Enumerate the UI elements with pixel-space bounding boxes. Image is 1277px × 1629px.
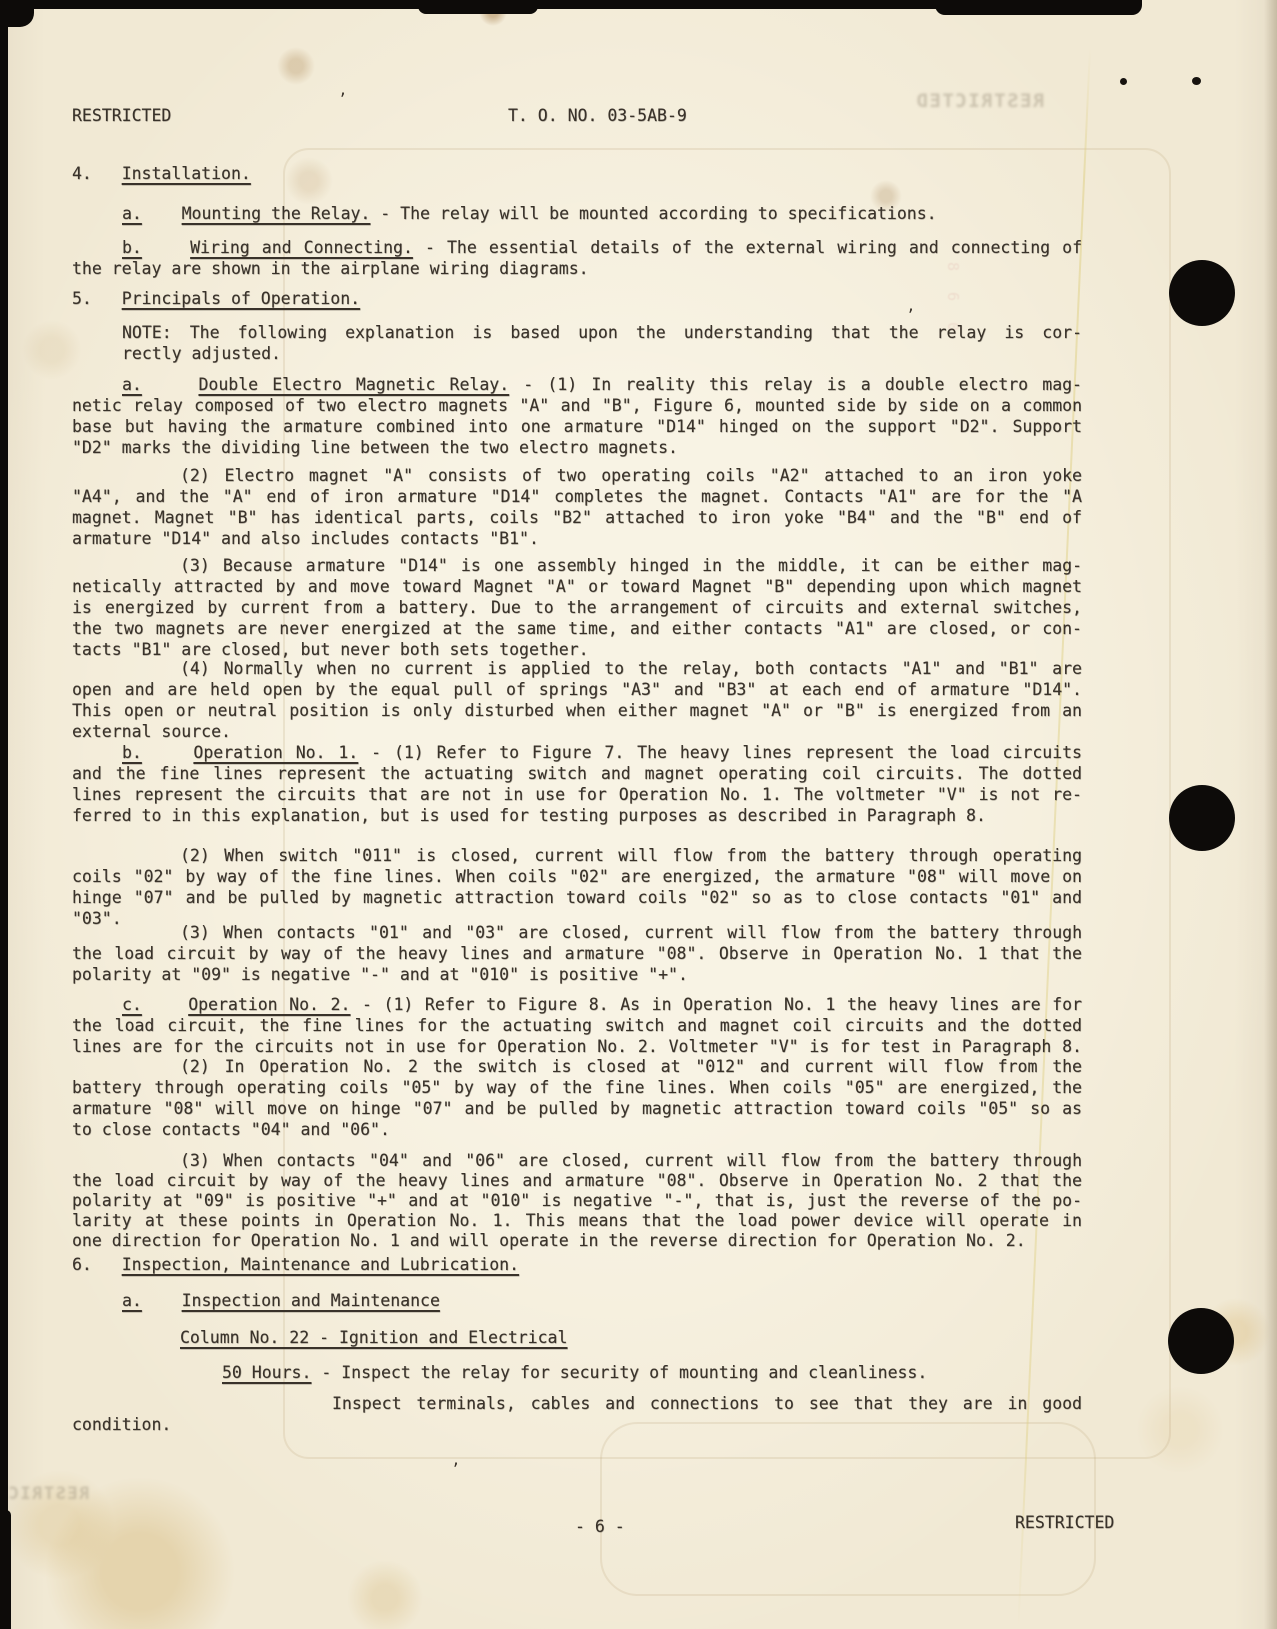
text-line: lines are for the circuits not in use fo… — [72, 1036, 1082, 1057]
text-line: b. Wiring and Connecting. - The essentia… — [72, 237, 1082, 258]
text-line: (3) When contacts "01" and "03" are clos… — [72, 922, 1082, 943]
underlined-text: Mounting the Relay. — [182, 204, 371, 223]
scan-edge-left-bottom — [0, 1510, 11, 1629]
ghost-restricted-stamp-top: RESTRICTED — [915, 90, 1044, 112]
text-segment: - The relay will be mounted according to… — [370, 204, 936, 223]
text-segment: - (1) Refer to Figure 8. As in Operation… — [350, 995, 1082, 1014]
text-line: (2) Electro magnet "A" consists of two o… — [72, 465, 1082, 486]
text-segment: (3) When contacts "01" and "03" are clos… — [180, 923, 1082, 942]
text-segment: (3) Because armature "D14" is one assemb… — [180, 556, 1082, 575]
text-segment — [142, 238, 190, 257]
text-line: larity at these points in Operation No. … — [72, 1210, 1082, 1231]
text-line: condition. — [72, 1414, 1082, 1435]
text-line: lines represent the circuits that are no… — [72, 784, 1082, 805]
text-segment: polarity at "09" is negative "-" and at … — [72, 965, 688, 984]
text-segment — [142, 204, 182, 223]
text-segment: hinge "07" and be pulled by magnetic att… — [72, 888, 1082, 907]
stray-mark-1: ’ — [338, 90, 347, 108]
text-segment: "A4", and the "A" end of iron armature "… — [72, 487, 1082, 506]
text-line: the load circuit, the fine lines for the… — [72, 1015, 1082, 1036]
text-segment: Inspect terminals, cables and connection… — [332, 1394, 1082, 1413]
underlined-text: Principals of Operation. — [122, 289, 360, 308]
text-line: "D2" marks the dividing line between the… — [72, 437, 1082, 458]
text-segment: lines are for the circuits not in use fo… — [72, 1037, 1082, 1056]
underlined-text: Operation No. 2. — [188, 995, 350, 1014]
text-segment: (2) When switch "011" is closed, current… — [180, 846, 1082, 865]
text-line: open and are held open by the equal pull… — [72, 679, 1082, 700]
underlined-text: 50 Hours. — [222, 1363, 311, 1382]
text-line: polarity at "09" is positive "+" and at … — [72, 1190, 1082, 1211]
text-line: c. Operation No. 2. - (1) Refer to Figur… — [72, 994, 1082, 1015]
text-segment: the load circuit by way of the heavy lin… — [72, 944, 1082, 963]
underlined-text: Double Electro Magnetic Relay. — [198, 375, 509, 394]
text-line: coils "02" by way of the fine lines. Whe… — [72, 866, 1082, 887]
text-line: the two magnets are never energized at t… — [72, 618, 1082, 639]
text-line: the relay are shown in the airplane wiri… — [72, 258, 1082, 279]
underlined-text: b. — [122, 238, 142, 257]
text-line: is energized by current from a battery. … — [72, 597, 1082, 618]
text-segment: 4. — [72, 164, 92, 183]
text-segment: "D2" marks the dividing line between the… — [72, 438, 678, 457]
underlined-text: a. — [122, 375, 142, 394]
text-line: netically attracted by and move toward M… — [72, 576, 1082, 597]
text-segment: (2) Electro magnet "A" consists of two o… — [180, 466, 1082, 485]
text-segment: open and are held open by the equal pull… — [72, 680, 1082, 699]
header-to-number: T. O. NO. 03-5AB-9 — [508, 105, 687, 126]
text-line: to close contacts "04" and "06". — [72, 1119, 1082, 1140]
text-segment — [142, 995, 188, 1014]
text-segment — [92, 164, 122, 183]
text-segment: ferred to in this explanation, but is us… — [72, 806, 986, 825]
text-line: hinge "07" and be pulled by magnetic att… — [72, 887, 1082, 908]
underlined-text: Operation No. 1. — [193, 743, 358, 762]
text-segment: to close contacts "04" and "06". — [72, 1120, 390, 1139]
text-line: and the fine lines represent the actuati… — [72, 763, 1082, 784]
text-line: (3) When contacts "04" and "06" are clos… — [72, 1150, 1082, 1171]
text-line: 50 Hours. - Inspect the relay for securi… — [72, 1362, 1082, 1383]
scan-edge-top-bump-2 — [935, 0, 1142, 15]
footer-page-number: - 6 - — [575, 1516, 625, 1537]
text-line: tacts "B1" are closed, but never both se… — [72, 639, 1082, 660]
text-line: b. Operation No. 1. - (1) Refer to Figur… — [72, 742, 1082, 763]
underlined-text: Inspection, Maintenance and Lubrication. — [122, 1255, 519, 1274]
text-segment: netically attracted by and move toward M… — [72, 577, 1082, 596]
text-line: polarity at "09" is negative "-" and at … — [72, 964, 1082, 985]
text-segment — [142, 375, 199, 394]
text-line: (2) In Operation No. 2 the switch is clo… — [72, 1056, 1082, 1077]
text-segment: external source. — [72, 722, 231, 741]
text-line: (3) Because armature "D14" is one assemb… — [72, 555, 1082, 576]
text-segment: condition. — [72, 1415, 171, 1434]
underlined-text: a. — [122, 204, 142, 223]
text-segment: coils "02" by way of the fine lines. Whe… — [72, 867, 1082, 886]
underlined-text: b. — [122, 743, 142, 762]
punch-hole-top — [1169, 260, 1235, 326]
underlined-text: Column No. 22 - Ignition and Electrical — [180, 1328, 567, 1347]
underlined-text: c. — [122, 995, 142, 1014]
text-line: a. Mounting the Relay. - The relay will … — [72, 203, 1082, 224]
punch-hole-middle — [1169, 785, 1235, 851]
text-segment: the load circuit, the fine lines for the… — [72, 1016, 1082, 1035]
text-line: 5. Principals of Operation. — [72, 288, 1082, 309]
text-line: This open or neutral position is only di… — [72, 700, 1082, 721]
text-segment: battery through operating coils "05" by … — [72, 1078, 1082, 1097]
text-line: the load circuit by way of the heavy lin… — [72, 1170, 1082, 1191]
ink-speck-2 — [1192, 77, 1201, 85]
text-line: a. Inspection and Maintenance — [72, 1290, 1082, 1311]
text-line: armature "08" will move on hinge "07" an… — [72, 1098, 1082, 1119]
underlined-text: a. — [122, 1291, 142, 1310]
text-segment: - The essential details of the external … — [413, 238, 1082, 257]
text-segment: polarity at "09" is positive "+" and at … — [72, 1191, 1082, 1210]
text-line: 4. Installation. — [72, 163, 1082, 184]
text-segment: (2) In Operation No. 2 the switch is clo… — [180, 1057, 1082, 1076]
text-segment: netic relay composed of two electro magn… — [72, 396, 1082, 415]
footer-classification: RESTRICTED — [1015, 1512, 1114, 1533]
text-segment: base but having the armature combined in… — [72, 417, 1082, 436]
text-segment: (3) When contacts "04" and "06" are clos… — [180, 1151, 1082, 1170]
text-segment: (4) Normally when no current is applied … — [180, 659, 1082, 678]
text-line: (2) When switch "011" is closed, current… — [72, 845, 1082, 866]
text-segment: the load circuit by way of the heavy lin… — [72, 1171, 1082, 1190]
text-line: battery through operating coils "05" by … — [72, 1077, 1082, 1098]
text-line: base but having the armature combined in… — [72, 416, 1082, 437]
text-segment: 5. — [72, 289, 92, 308]
text-segment: armature "08" will move on hinge "07" an… — [72, 1099, 1082, 1118]
ink-speck-1 — [1120, 78, 1127, 85]
text-segment: the two magnets are never energized at t… — [72, 619, 1082, 638]
text-segment — [92, 289, 122, 308]
text-segment: the relay are shown in the airplane wiri… — [72, 259, 589, 278]
text-segment: rectly adjusted. — [122, 344, 281, 363]
text-line: (4) Normally when no current is applied … — [72, 658, 1082, 679]
text-line: a. Double Electro Magnetic Relay. - (1) … — [72, 374, 1082, 395]
text-segment: This open or neutral position is only di… — [72, 701, 1082, 720]
text-line: Column No. 22 - Ignition and Electrical — [72, 1327, 1082, 1348]
text-segment: - (1) Refer to Figure 7. The heavy lines… — [358, 743, 1082, 762]
stray-mark-3: ’ — [451, 1460, 460, 1478]
text-segment: armature "D14" and also includes contact… — [72, 529, 539, 548]
text-segment: lines represent the circuits that are no… — [72, 785, 1082, 804]
header-classification: RESTRICTED — [72, 105, 171, 126]
text-line: "A4", and the "A" end of iron armature "… — [72, 486, 1082, 507]
text-segment — [142, 1291, 182, 1310]
text-segment: - Inspect the relay for security of moun… — [311, 1363, 927, 1382]
text-segment: is energized by current from a battery. … — [72, 598, 1082, 617]
text-line: magnet. Magnet "B" has identical parts, … — [72, 507, 1082, 528]
scanned-page: RESTRICTED RESTRICTED 8 6 0 RESTRICTED T… — [0, 0, 1277, 1629]
text-line: rectly adjusted. — [72, 343, 1082, 364]
text-segment — [142, 743, 194, 762]
page-right-edge-shadow — [1264, 0, 1277, 1629]
text-segment — [92, 1255, 122, 1274]
text-segment: magnet. Magnet "B" has identical parts, … — [72, 508, 1082, 527]
punch-hole-bottom — [1168, 1308, 1234, 1374]
text-segment: tacts "B1" are closed, but never both se… — [72, 640, 589, 659]
underlined-text: Inspection and Maintenance — [182, 1291, 440, 1310]
text-line: armature "D14" and also includes contact… — [72, 528, 1082, 549]
scan-edge-top-bump-1 — [418, 0, 538, 14]
text-line: netic relay composed of two electro magn… — [72, 395, 1082, 416]
ghost-restricted-stamp-bottom: RESTRICTED — [0, 1484, 89, 1504]
text-segment: larity at these points in Operation No. … — [72, 1211, 1082, 1230]
text-line: ferred to in this explanation, but is us… — [72, 805, 1082, 826]
underlined-text: Wiring and Connecting. — [190, 238, 413, 257]
text-segment: and the fine lines represent the actuati… — [72, 764, 1082, 783]
text-segment: one direction for Operation No. 1 and wi… — [72, 1231, 1026, 1250]
text-segment: - (1) In reality this relay is a double … — [509, 375, 1082, 394]
text-line: external source. — [72, 721, 1082, 742]
text-segment: 6. — [72, 1255, 92, 1274]
text-line: 6. Inspection, Maintenance and Lubricati… — [72, 1254, 1082, 1275]
scan-edge-left — [0, 0, 8, 1629]
text-segment: NOTE: The following explanation is based… — [122, 323, 1082, 342]
stray-mark-2: ’ — [906, 306, 915, 324]
text-line: NOTE: The following explanation is based… — [72, 322, 1082, 343]
text-line: the load circuit by way of the heavy lin… — [72, 943, 1082, 964]
text-line: Inspect terminals, cables and connection… — [72, 1393, 1082, 1414]
text-line: one direction for Operation No. 1 and wi… — [72, 1230, 1082, 1251]
underlined-text: Installation. — [122, 164, 251, 183]
